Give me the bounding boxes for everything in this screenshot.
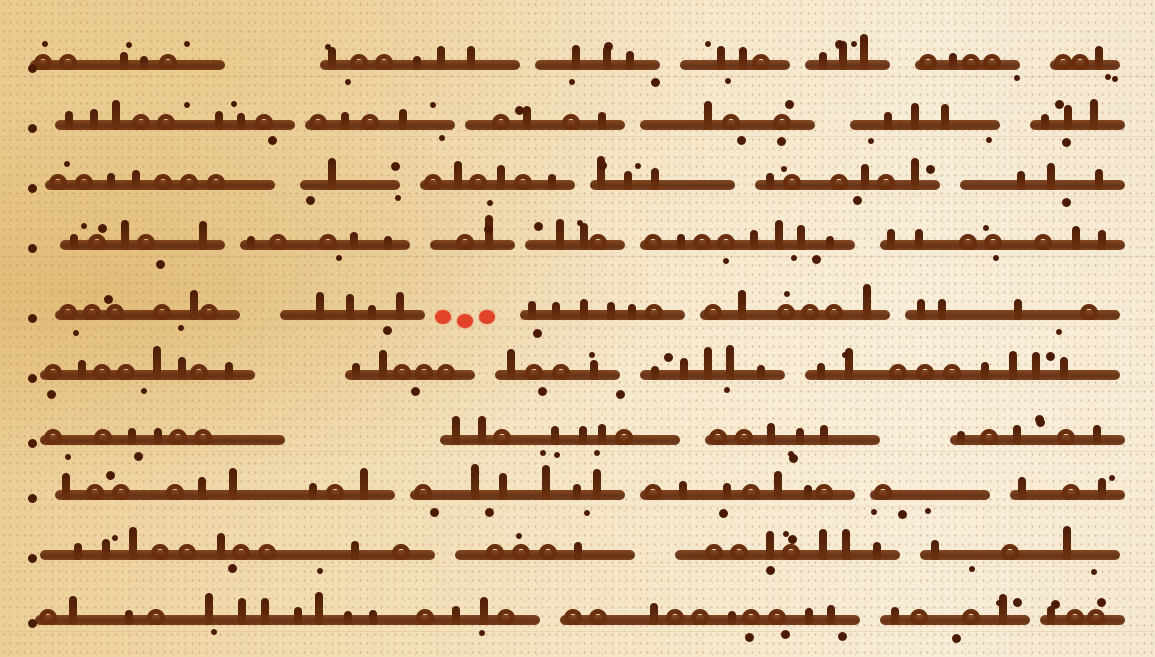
red-rubric-mark — [435, 310, 451, 324]
manuscript-word: ܡܥܡܘܕܝܬܐ — [305, 110, 455, 132]
manuscript-word: ܕܡܫܝܚܐ ܕܝܠܗ — [55, 110, 295, 132]
manuscript-word: ܠܐ ܢܗܘܐ — [905, 300, 1120, 322]
word-transcription: ܐܢܬ ܠܗ. — [240, 267, 410, 268]
word-transcription: ܗܘ ܕ — [1050, 87, 1120, 88]
ruling-line — [0, 76, 1155, 77]
diacritic-dot — [635, 163, 641, 169]
word-transcription: ܡܥܡܘܕܝܬܐ — [305, 147, 455, 148]
word-transcription: ܕܠܐܚܪܝܢ ܡܬܚܙܐ. — [805, 397, 1120, 398]
word-transcription: ܘܡܛܠ ܕܗܘ — [700, 337, 890, 338]
word-transcription: ܕܡܫܝܚܐ ܠ — [640, 517, 855, 518]
diacritic-dot — [781, 166, 787, 172]
diacritic-dot — [98, 224, 107, 233]
word-transcription: ܐܝܬܘܗܝ — [680, 87, 790, 88]
word-transcription: ܕܠܐܢܫ ܡܢ — [40, 462, 285, 463]
diacritic-dot — [781, 630, 790, 639]
word-transcription: ܘܐܡܪ ܠܗܘܢ — [675, 577, 900, 578]
diacritic-dot — [1051, 600, 1060, 609]
diacritic-dot — [705, 41, 711, 47]
diacritic-dot — [996, 600, 1002, 606]
diacritic-dot — [1046, 352, 1055, 361]
manuscript-word: ܡܢ ܕܒܪ — [590, 170, 735, 192]
manuscript-word: ܟܘܠܗ ܕܐܬ — [755, 170, 940, 192]
manuscript-word: ܡܢܗ ܕܗ — [640, 360, 785, 382]
punctuation-dot — [28, 374, 37, 383]
manuscript-word: ܗܘ ܕ — [1050, 50, 1120, 72]
punctuation-dot — [28, 244, 37, 253]
ruling-line — [0, 386, 1155, 387]
diacritic-dot — [594, 450, 600, 456]
manuscript-word: ܘܐܡܪ ܠܗܘܢ — [675, 540, 900, 562]
manuscript-word: ܐܝܬܘܗܝ — [680, 50, 790, 72]
diacritic-dot — [73, 330, 79, 336]
manuscript-word: ܒܐܝܠܝܢ ܕ — [30, 50, 225, 72]
word-transcription: ܘܐܢܐ — [525, 267, 625, 268]
manuscript-word: ܕܠ ܕܠܗܘܢ — [950, 425, 1125, 447]
diacritic-dot — [104, 295, 113, 304]
word-transcription: ܠܡܠܬܐ — [640, 147, 815, 148]
manuscript-word: ܘܒܟܠܗܘܢ ܕܠܒܪܢܫܐ — [55, 480, 395, 502]
manuscript-word: ܠܡܪܢ. — [535, 50, 660, 72]
punctuation-dot — [28, 314, 37, 323]
word-transcription: ܘܒܟܠܗܘܢ ܕܠܒܪܢܫܐ — [55, 517, 395, 518]
diacritic-dot — [784, 291, 790, 297]
word-transcription: ܡܢܗ ܕܗ — [640, 397, 785, 398]
word-transcription: ܟܢܘܫܬܐ. — [920, 577, 1120, 578]
word-transcription: ܒܪܝܬܐ. — [420, 207, 575, 208]
manuscript-word: ܕܢܘ — [430, 230, 515, 252]
diacritic-dot — [745, 633, 754, 642]
ruling-line — [0, 256, 1155, 257]
word-transcription: ܗܘ — [300, 207, 400, 208]
manuscript-word: ܐܝܟ. — [870, 480, 990, 502]
word-transcription: ܗܘܐ ܕܐܬܐ — [850, 147, 1000, 148]
word-transcription: ܠܟܠ — [805, 87, 890, 88]
manuscript-word: ܘܡܛܠ ܕܗܘ — [700, 300, 890, 322]
manuscript-word: ܢܦܫܗ — [345, 360, 475, 382]
ruling-line — [0, 196, 1155, 197]
manuscript-word: ܗܘ — [300, 170, 400, 192]
word-transcription: ܒܪܘܚܐ — [60, 267, 225, 268]
punctuation-dot — [28, 439, 37, 448]
ruling-line — [0, 631, 1155, 632]
diacritic-dot — [484, 225, 493, 234]
word-transcription: ܒܐܝܠܝܢ ܕ — [30, 87, 225, 88]
diacritic-dot — [898, 510, 907, 519]
diacritic-dot — [439, 135, 445, 141]
diacritic-dot — [430, 102, 436, 108]
diacritic-dot — [577, 220, 583, 226]
word-transcription: ܠܐ — [1040, 642, 1125, 643]
manuscript-word: ܠܟܠ — [805, 50, 890, 72]
diacritic-dot — [126, 42, 132, 48]
manuscript-word: ܕܐܝܬܘܗܝ ܐ — [410, 480, 625, 502]
diacritic-dot — [616, 390, 625, 399]
punctuation-dot — [28, 554, 37, 563]
manuscript-word: ܕܠܐܢܫ ܡܢ — [40, 425, 285, 447]
punctuation-dot — [28, 494, 37, 503]
manuscript-word: ܘܫܡܥܬ ܗܕܐ — [880, 230, 1125, 252]
manuscript-word: ܘܐܢܐ — [525, 230, 625, 252]
diacritic-dot — [1014, 75, 1020, 81]
diacritic-dot — [228, 564, 237, 573]
word-transcription: ܟܘܠܗ ܕܐܬ — [755, 207, 940, 208]
word-transcription: ܠܗܘܢ — [495, 397, 620, 398]
word-transcription: ܐܝܟ ܕܐܡ — [915, 87, 1020, 88]
word-transcription: ܕܡܫܝܚܐ ܕܝܠܗ — [55, 147, 295, 148]
ruling-line — [0, 566, 1155, 567]
diacritic-dot — [395, 195, 401, 201]
diacritic-dot — [487, 200, 493, 206]
diacritic-dot — [64, 161, 70, 167]
word-transcription: ܕܡܫܝܚܐ ܕܗܘ — [440, 462, 680, 463]
diacritic-dot — [766, 566, 775, 575]
manuscript-word: ܘܡܢܗ ܕܗ — [280, 300, 425, 322]
diacritic-dot — [1013, 598, 1022, 607]
word-transcription: ܠܡܪܢ. — [535, 87, 660, 88]
manuscript-word: ܠܡܠܬܐ — [640, 110, 815, 132]
word-transcription: ܘܐܠܐ ܐܢܫ ܠܐ ܕܒܢܘܗܝ — [35, 642, 540, 643]
manuscript-word: ܕܡܫܝܚܐ ܠ — [640, 480, 855, 502]
word-transcription: ܢܦܫܗ — [345, 397, 475, 398]
manuscript-word: ܐܢܬ ܠܗ. — [240, 230, 410, 252]
diacritic-dot — [134, 452, 143, 461]
word-transcription: ܢܛܠ — [55, 337, 240, 338]
punctuation-dot — [28, 184, 37, 193]
word-transcription: ܠܟܠܗܘܢ ܠܡ. — [45, 207, 275, 208]
punctuation-dot — [28, 619, 37, 628]
diacritic-dot — [430, 508, 439, 517]
ruling-line — [0, 451, 1155, 452]
manuscript-word: ܐܠܐ ܡܢ ܕܐܬܐ — [560, 605, 860, 627]
manuscript-word: ܗܘ ܕܝ — [1010, 480, 1125, 502]
manuscript-word: ܕܡܫܝܚܐ ܕܗܘ — [440, 425, 680, 447]
manuscript-word: ܐܝܟ ܕܐܡ — [915, 50, 1020, 72]
manuscript-word: ܢܛܠ — [55, 300, 240, 322]
manuscript-word: ܟܢܘܫܬܐ. — [920, 540, 1120, 562]
diacritic-dot — [969, 566, 975, 572]
word-transcription: ܕܢܘ — [430, 267, 515, 268]
red-rubric-mark — [457, 314, 473, 328]
word-transcription: ܕܢܦܩ ܐܬ — [520, 337, 685, 338]
diacritic-dot — [838, 632, 847, 641]
manuscript-word: ܘܡܠܟܘܬܐ ܠܐ ܕܐܢܫ — [40, 540, 435, 562]
diacritic-dot — [156, 260, 165, 269]
manuscript-word: ܒܪܘܚܐ — [60, 230, 225, 252]
diacritic-dot — [791, 255, 797, 261]
diacritic-dot — [952, 634, 961, 643]
manuscript-word: ܠܐܝܢܐ — [880, 605, 1030, 627]
word-transcription: ܠܐ ܢܗܘܐ — [905, 337, 1120, 338]
manuscript-word: ܐܢܫܐ ܡ — [705, 425, 880, 447]
word-transcription: ܘܫܡܥܬ ܗܕܐ — [880, 267, 1125, 268]
diacritic-dot — [569, 79, 575, 85]
manuscript-word: ܒܪܝܬܐ. — [420, 170, 575, 192]
word-transcription: ܐܝܟ. — [870, 517, 990, 518]
word-transcription: ܕܢܦܩ ܠܐ — [455, 577, 635, 578]
manuscript-word: ܠܟܠܗܘܢ ܠܡ. — [45, 170, 275, 192]
word-transcription: ܘܡܘܡܐ. — [465, 147, 625, 148]
word-transcription: ܕܐܝܬܘܗܝ ܐ — [410, 517, 625, 518]
manuscript-word: ܘܐܠܐ ܐܢܫ ܠܐ ܕܒܢܘܗܝ — [35, 605, 540, 627]
manuscript-word: ܠܗܘܢ — [495, 360, 620, 382]
diacritic-dot — [584, 510, 590, 516]
word-transcription: ܐܠܘܗܝ ܩܕܝܫܐ — [640, 267, 855, 268]
manuscript-word: ܕܝܘܚܢܢ ܕܐ — [960, 170, 1125, 192]
diacritic-dot — [598, 161, 607, 170]
red-rubric-mark — [479, 310, 495, 324]
ruling-line — [0, 326, 1155, 327]
manuscript-word: ܗܘܐ ܕܐܬܐ — [850, 110, 1000, 132]
word-transcription: ܡܢ ܕܒܪ — [590, 207, 735, 208]
diacritic-dot — [788, 535, 797, 544]
diacritic-dot — [1091, 569, 1097, 575]
diacritic-dot — [533, 329, 542, 338]
word-transcription: ܕܝܘܚܢܢ ܕܐ — [960, 207, 1125, 208]
diacritic-dot — [868, 138, 874, 144]
ruling-line — [0, 136, 1155, 137]
manuscript-word: ܘܡܪܗ — [1030, 110, 1125, 132]
word-transcription: ܕܠ ܕܠܗܘܢ — [950, 462, 1125, 463]
diacritic-dot — [178, 325, 184, 331]
diacritic-dot — [538, 387, 547, 396]
diacritic-dot — [777, 137, 786, 146]
punctuation-dot — [28, 64, 37, 73]
manuscript-word: ܗܘܝܘ ܕܡܫܝܚܐ — [320, 50, 520, 72]
word-transcription: ܘܡܪܗ — [1030, 147, 1125, 148]
word-transcription: ܗܘܝܘ ܕܡܫܝܚܐ — [320, 87, 520, 88]
diacritic-dot — [184, 102, 190, 108]
manuscript-word: ܐܠܘܗܝ ܩܕܝܫܐ — [640, 230, 855, 252]
diacritic-dot — [1097, 598, 1106, 607]
diacritic-dot — [724, 387, 730, 393]
ruling-line — [0, 506, 1155, 507]
manuscript-word: ܕܢܦܩ ܐܬ — [520, 300, 685, 322]
manuscript-word: ܡܥܡܕܢܐ ܢܦܩ — [40, 360, 255, 382]
diacritic-dot — [871, 509, 877, 515]
diacritic-dot — [993, 255, 999, 261]
diacritic-dot — [336, 255, 342, 261]
word-transcription: ܡܥܡܕܢܐ ܢܦܩ — [40, 397, 255, 398]
diacritic-dot — [853, 196, 862, 205]
punctuation-dot — [28, 124, 37, 133]
diacritic-dot — [411, 387, 420, 396]
word-transcription: ܘܡܠܟܘܬܐ ܠܐ ܕܐܢܫ — [40, 577, 435, 578]
diacritic-dot — [986, 137, 992, 143]
diacritic-dot — [983, 225, 989, 231]
word-transcription: ܐܠܐ ܡܢ ܕܐܬܐ — [560, 642, 860, 643]
word-transcription: ܗܘ ܕܝ — [1010, 517, 1125, 518]
manuscript-word: ܕܠܐܚܪܝܢ ܡܬܚܙܐ. — [805, 360, 1120, 382]
manuscript-word: ܘܡܘܡܐ. — [465, 110, 625, 132]
manuscript-word: ܕܢܦܩ ܠܐ — [455, 540, 635, 562]
word-transcription: ܘܡܢܗ ܕܗ — [280, 337, 425, 338]
